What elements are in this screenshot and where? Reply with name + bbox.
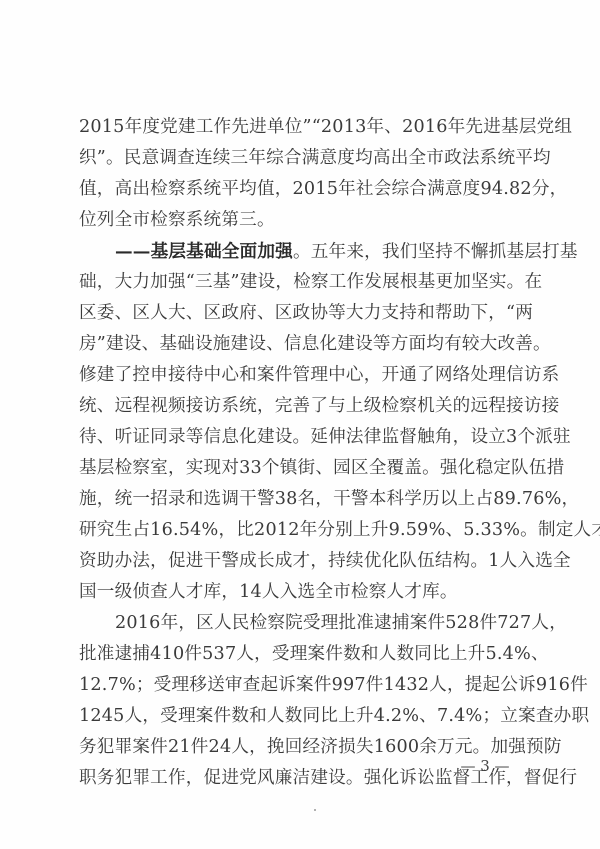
section-heading: ——基层基础全面加强 <box>115 241 293 262</box>
document-page: 2015年度党建工作先进单位”“2013年、2016年先进基层党组 织”。民意调… <box>0 0 600 849</box>
text-line: 资助办法，促进干警成长成才，持续优化队伍结构。1人入选全 <box>79 546 529 577</box>
text-line: 12.7%；受理移送审查起诉案件997件1432人，提起公诉916件 <box>79 670 529 701</box>
text-line: 基层检察室，实现对33个镇街、园区全覆盖。强化稳定队伍措 <box>79 453 529 484</box>
text-line: 统、远程视频接访系统，完善了与上级检察机关的远程接访接 <box>79 391 529 422</box>
scan-artifact <box>314 809 316 811</box>
text-span: 。五年来，我们坚持不懈抓基层打基 <box>293 242 578 262</box>
text-line: 区委、区人大、区政府、区政协等大力支持和帮助下，“两 <box>79 298 529 329</box>
text-line: 2016年，区人民检察院受理批准逮捕案件528件727人， <box>79 608 529 639</box>
text-line: 值，高出检察系统平均值，2015年社会综合满意度94.82分， <box>79 174 529 205</box>
text-line: 修建了控申接待中心和案件管理中心，开通了网络处理信访系 <box>79 360 529 391</box>
text-line: 施，统一招录和选调干警38名，干警本科学历以上占89.76%， <box>79 484 529 515</box>
text-line: 房”建设、基础设施建设、信息化建设等方面均有较大改善。 <box>79 329 529 360</box>
text-line: ——基层基础全面加强。五年来，我们坚持不懈抓基层打基 <box>79 236 529 267</box>
text-line: 待、听证同录等信息化建设。延伸法律监督触角，设立3个派驻 <box>79 422 529 453</box>
text-line: 批准逮捕410件537人，受理案件数和人数同比上升5.4%、 <box>79 639 529 670</box>
text-line: 础，大力加强“三基”建设，检察工作发展根基更加坚实。在 <box>79 267 529 298</box>
text-line: 国一级侦查人才库，14人入选全市检察人才库。 <box>79 577 529 608</box>
text-line: 1245人，受理案件数和人数同比上升4.2%、7.4%；立案查办职 <box>79 701 529 732</box>
text-line: 2015年度党建工作先进单位”“2013年、2016年先进基层党组 <box>79 112 529 143</box>
page-number: — 3 — <box>460 754 510 778</box>
text-line: 研究生占16.54%，比2012年分别上升9.59%、5.33%。制定人才 <box>79 515 529 546</box>
text-line: 位列全市检察系统第三。 <box>79 205 529 236</box>
text-line: 织”。民意调查连续三年综合满意度均高出全市政法系统平均 <box>79 143 529 174</box>
